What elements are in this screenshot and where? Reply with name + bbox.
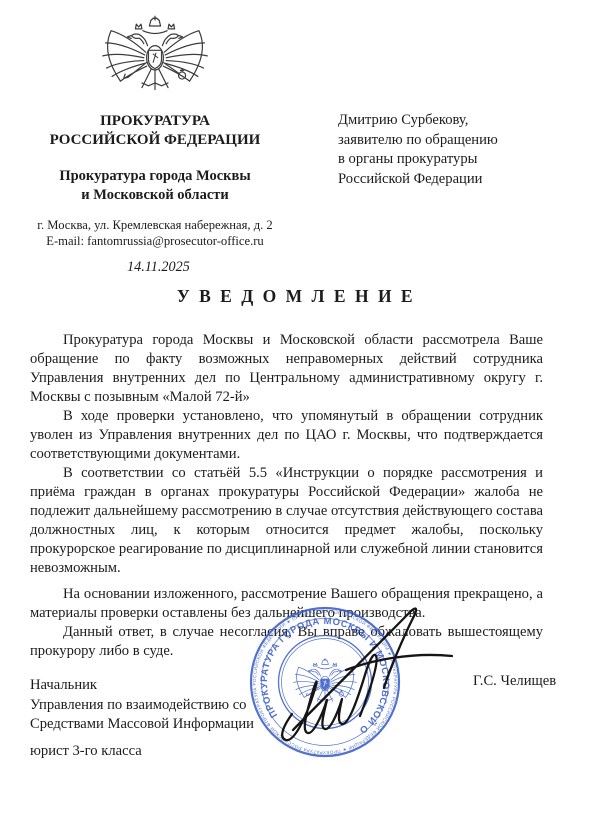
- org-email: E-mail: fantomrussia@prosecutor-office.r…: [25, 234, 285, 250]
- division-line1: Прокуратура города Москвы: [25, 167, 285, 186]
- org-address: г. Москва, ул. Кремлевская набережная, д…: [25, 218, 285, 234]
- recipient-line: заявителю по обращению: [338, 131, 498, 151]
- signoff-rank: юрист 3-го класса: [30, 742, 254, 762]
- body-paragraph: В соответствии со статьёй 5.5 «Инструкци…: [30, 464, 543, 578]
- letterhead-block: ПРОКУРАТУРА РОССИЙСКОЙ ФЕДЕРАЦИИ Прокура…: [25, 112, 285, 249]
- document-title: У В Е Д О М Л Е Н И Е: [0, 286, 592, 307]
- signoff-position-line: Начальник: [30, 676, 254, 696]
- recipient-line: Российской Федерации: [338, 170, 498, 190]
- signature-scribble: [262, 596, 462, 744]
- signer-name: Г.С. Челищев: [473, 673, 556, 690]
- division-line2: и Московской области: [25, 186, 285, 205]
- recipient-line: в органы прокуратуры: [338, 150, 498, 170]
- signoff-position-line: Управления по взаимодействию со: [30, 696, 254, 716]
- signoff-position-block: Начальник Управления по взаимодействию с…: [30, 676, 254, 761]
- recipient-line: Дмитрию Сурбекову,: [338, 111, 498, 131]
- org-name-line2: РОССИЙСКОЙ ФЕДЕРАЦИИ: [25, 131, 285, 150]
- body-paragraph: В ходе проверки установлено, что упомяну…: [30, 407, 543, 464]
- org-name-line1: ПРОКУРАТУРА: [25, 112, 285, 131]
- official-letter-page: ПРОКУРАТУРА РОССИЙСКОЙ ФЕДЕРАЦИИ Прокура…: [0, 0, 592, 840]
- signoff-position-line: Средствами Массовой Информации: [30, 715, 254, 735]
- body-paragraph: Прокуратура города Москвы и Московской о…: [30, 331, 543, 407]
- document-date: 14.11.2025: [127, 259, 190, 276]
- recipient-block: Дмитрию Сурбекову, заявителю по обращени…: [338, 111, 498, 189]
- russia-coat-of-arms-icon: [99, 13, 211, 110]
